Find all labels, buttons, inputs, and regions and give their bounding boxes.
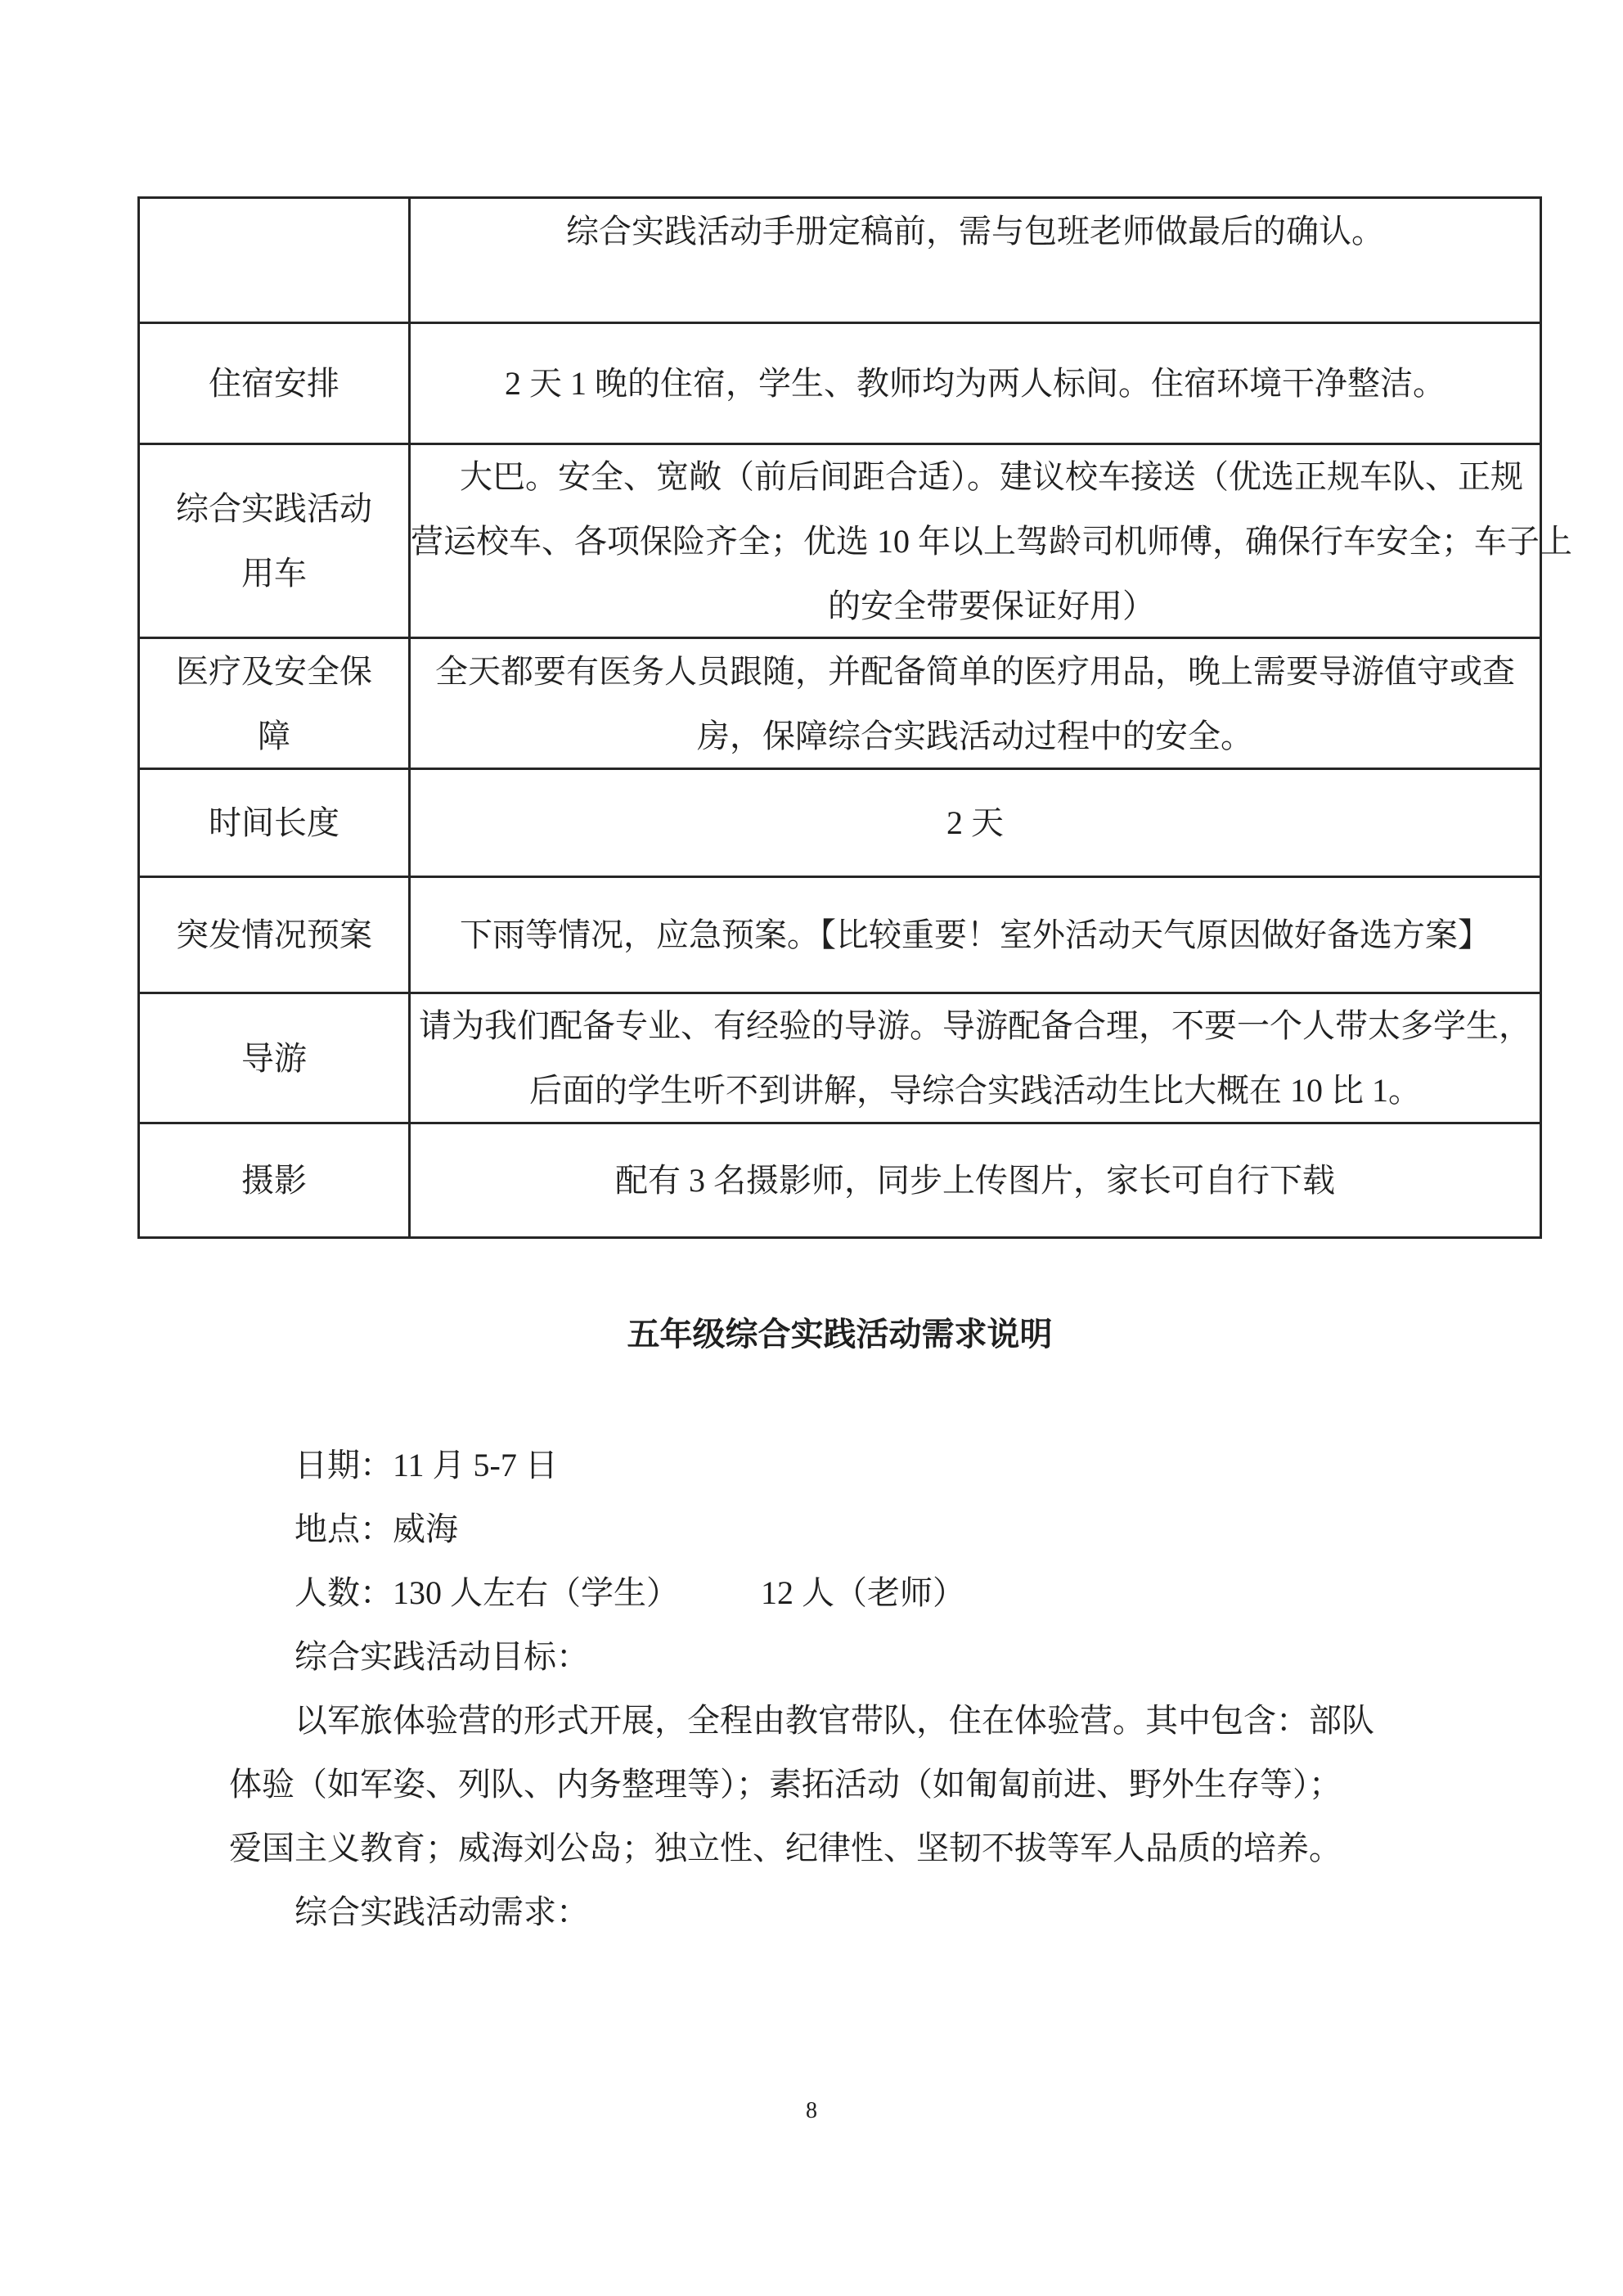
content-cell: 综合实践活动手册定稿前，需与包班老师做最后的确认。	[411, 199, 1540, 322]
content-cell: 下雨等情况，应急预案。【比较重要！室外活动天气原因做好备选方案】	[411, 878, 1540, 992]
label-cell: 医疗及安全保 障	[140, 639, 411, 768]
table-row: 时间长度 2 天	[140, 770, 1540, 878]
section-body: 日期：11 月 5-7 日 地点：威海 人数：130 人左右（学生） 12 人（…	[137, 1434, 1542, 1944]
body-line: 综合实践活动需求：	[137, 1880, 1542, 1944]
text-line: 配有 3 名摄影师，同步上传图片，家长可自行下载	[615, 1148, 1335, 1213]
text-line: 导游	[241, 1026, 307, 1091]
text-line: 请为我们配备专业、有经验的导游。导游配备合理，不要一个人带太多学生，	[419, 993, 1531, 1058]
content-cell: 全天都要有医务人员跟随，并配备简单的医疗用品，晚上需要导游值守或查 房，保障综合…	[411, 639, 1540, 768]
table-row: 导游 请为我们配备专业、有经验的导游。导游配备合理，不要一个人带太多学生， 后面…	[140, 994, 1540, 1124]
text-line: 后面的学生听不到讲解，导综合实践活动生比大概在 10 比 1。	[529, 1058, 1421, 1123]
label-cell: 导游	[140, 994, 411, 1122]
text-line: 2 天 1 晚的住宿，学生、教师均为两人标间。住宿环境干净整洁。	[505, 351, 1445, 416]
content-cell: 请为我们配备专业、有经验的导游。导游配备合理，不要一个人带太多学生， 后面的学生…	[411, 994, 1540, 1122]
text-line: 住宿安排	[209, 351, 339, 416]
text-line: 综合实践活动	[176, 476, 372, 541]
text-line: 的安全带要保证好用）	[828, 574, 1155, 638]
document-page: 综合实践活动手册定稿前，需与包班老师做最后的确认。 住宿安排 2 天 1 晚的住…	[0, 0, 1623, 2296]
table-row: 突发情况预案 下雨等情况，应急预案。【比较重要！室外活动天气原因做好备选方案】	[140, 878, 1540, 994]
text-line: 房，保障综合实践活动过程中的安全。	[697, 704, 1253, 768]
page-number: 8	[0, 2091, 1623, 2131]
table-row: 医疗及安全保 障 全天都要有医务人员跟随，并配备简单的医疗用品，晚上需要导游值守…	[140, 639, 1540, 770]
section-heading: 五年级综合实践活动需求说明	[137, 1302, 1542, 1367]
table-row: 摄影 配有 3 名摄影师，同步上传图片，家长可自行下载	[140, 1124, 1540, 1236]
content-cell: 配有 3 名摄影师，同步上传图片，家长可自行下载	[411, 1124, 1540, 1236]
table-row: 住宿安排 2 天 1 晚的住宿，学生、教师均为两人标间。住宿环境干净整洁。	[140, 324, 1540, 445]
content-cell: 大巴。安全、宽敞（前后间距合适）。建议校车接送（优选正规车队、正规 营运校车、各…	[411, 445, 1572, 637]
body-line: 体验（如军姿、列队、内务整理等）；素拓活动（如匍匐前进、野外生存等）；	[137, 1753, 1542, 1817]
body-line: 以军旅体验营的形式开展，全程由教官带队，住在体验营。其中包含：部队	[137, 1689, 1542, 1753]
label-cell: 住宿安排	[140, 324, 411, 443]
body-line: 日期：11 月 5-7 日	[137, 1434, 1542, 1497]
label-cell: 摄影	[140, 1124, 411, 1236]
text-line: 2 天	[946, 790, 1004, 855]
text-line: 全天都要有医务人员跟随，并配备简单的医疗用品，晚上需要导游值守或查	[435, 639, 1515, 704]
text-line: 障	[258, 704, 290, 768]
body-line: 爱国主义教育；威海刘公岛；独立性、纪律性、坚韧不拔等军人品质的培养。	[137, 1817, 1542, 1880]
text-line: 摄影	[241, 1148, 307, 1213]
body-line: 综合实践活动目标：	[137, 1625, 1542, 1689]
text-line: 综合实践活动手册定稿前，需与包班老师做最后的确认。	[566, 199, 1384, 263]
label-cell: 综合实践活动 用车	[140, 445, 411, 637]
label-cell	[140, 199, 411, 322]
body-line: 地点：威海	[137, 1497, 1542, 1561]
requirements-table: 综合实践活动手册定稿前，需与包班老师做最后的确认。 住宿安排 2 天 1 晚的住…	[137, 196, 1542, 1239]
text-line: 下雨等情况，应急预案。【比较重要！室外活动天气原因做好备选方案】	[460, 903, 1490, 967]
content-cell: 2 天 1 晚的住宿，学生、教师均为两人标间。住宿环境干净整洁。	[411, 324, 1540, 443]
table-row: 综合实践活动手册定稿前，需与包班老师做最后的确认。	[140, 199, 1540, 324]
table-row: 综合实践活动 用车 大巴。安全、宽敞（前后间距合适）。建议校车接送（优选正规车队…	[140, 445, 1540, 639]
label-cell: 时间长度	[140, 770, 411, 876]
body-line: 人数：130 人左右（学生） 12 人（老师）	[137, 1561, 1542, 1625]
text-line: 突发情况预案	[176, 903, 372, 967]
text-line: 用车	[241, 541, 307, 606]
text-line: 大巴。安全、宽敞（前后间距合适）。建议校车接送（优选正规车队、正规	[460, 444, 1523, 509]
text-line: 营运校车、各项保险齐全；优选 10 年以上驾龄司机师傅，确保行车安全；车子上	[411, 509, 1572, 574]
text-line: 时间长度	[209, 790, 339, 855]
text-line: 医疗及安全保	[176, 639, 372, 704]
label-cell: 突发情况预案	[140, 878, 411, 992]
content-cell: 2 天	[411, 770, 1540, 876]
